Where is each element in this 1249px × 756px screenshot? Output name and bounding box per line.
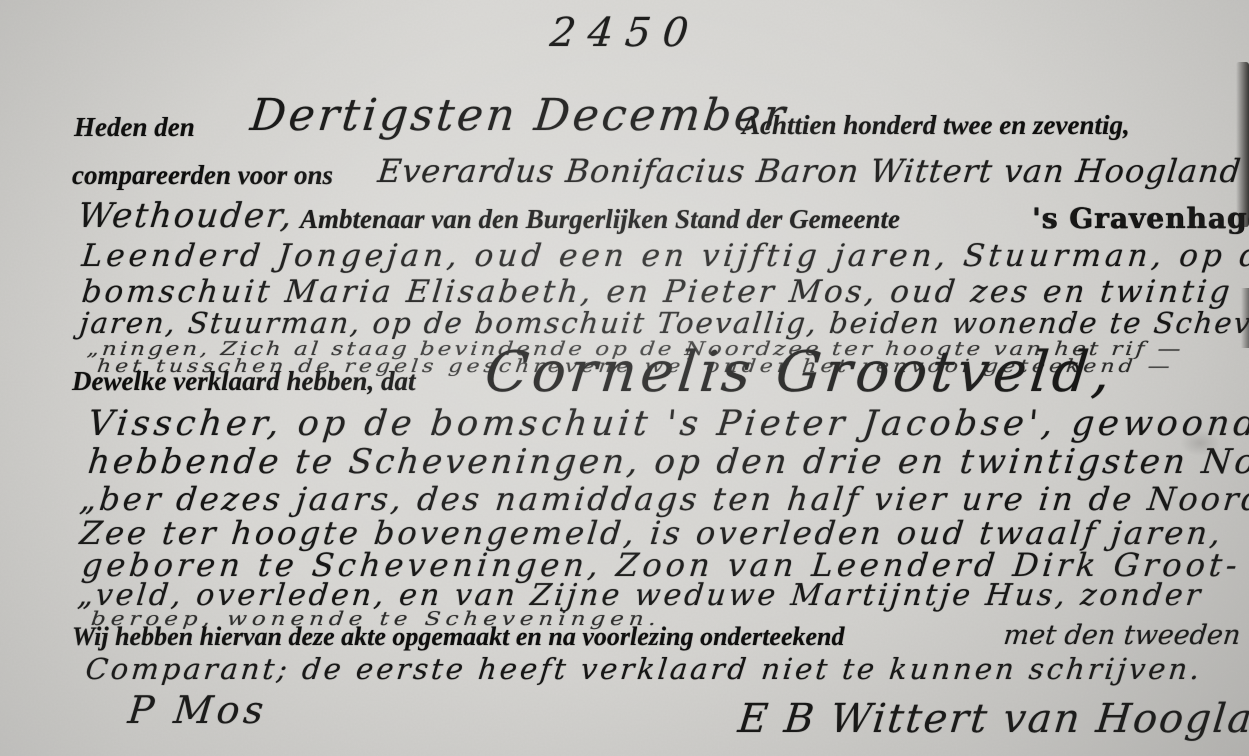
- line3-handwritten-wethouder: Wethouder,: [76, 196, 296, 236]
- right-edge-ink-smudge: [1236, 62, 1249, 227]
- line3-printed-ambtenaar: Ambtenaar van den Burgerlijken Stand der…: [300, 204, 900, 235]
- right-edge-ink-smudge-small: [1241, 288, 1249, 348]
- line15-printed-closing: Wij hebben hiervan deze akte opgemaakt e…: [72, 622, 845, 652]
- record-line-6: jaren, Stuurman, op de bomschuit Toevall…: [78, 306, 1249, 340]
- record-number: 2450: [548, 10, 703, 56]
- line3-gothic-gravenhage: 's Gravenhage ,: [1032, 202, 1249, 235]
- line1-printed-heden-den: Heden den: [74, 112, 195, 143]
- death-record-scan-page: 2450 Heden den Dertigsten December Achtt…: [0, 0, 1249, 756]
- record-line-11: „ber dezes jaars, des namiddags ten half…: [78, 480, 1249, 518]
- signature-p-mos: P Mos: [126, 688, 270, 732]
- line2-handwritten-official-name: Everardus Bonifacius Baron Wittert van H…: [376, 152, 1243, 190]
- line2-printed-compareerden: compareerden voor ons: [72, 160, 333, 191]
- line15-handwritten-met-den-tweeden: met den tweeden: [1002, 620, 1242, 651]
- record-line-5: bomschuit Maria Elisabeth, en Pieter Mos…: [80, 274, 1234, 310]
- record-line-10: hebbende te Scheveningen, op den drie en…: [86, 442, 1249, 482]
- record-line-9: Visscher, op de bomschuit 's Pieter Jaco…: [86, 404, 1249, 444]
- line8-handwritten-deceased-name: Cornelis Grootveld,: [482, 340, 1118, 405]
- signature-wittert-van-hoogland: E B Wittert van Hoogland: [736, 696, 1249, 742]
- line1-printed-year: Achttien honderd twee en zeventig,: [742, 110, 1130, 141]
- record-line-16: Comparant; de eerste heeft verklaard nie…: [84, 652, 1204, 686]
- paper-blot: [1180, 430, 1220, 456]
- record-line-4: Leenderd Jongejan, oud een en vijftig ja…: [80, 238, 1249, 274]
- line8-printed-dewelke: Dewelke verklaard hebben, dat: [72, 366, 415, 397]
- line1-handwritten-date: Dertigsten December: [248, 90, 790, 141]
